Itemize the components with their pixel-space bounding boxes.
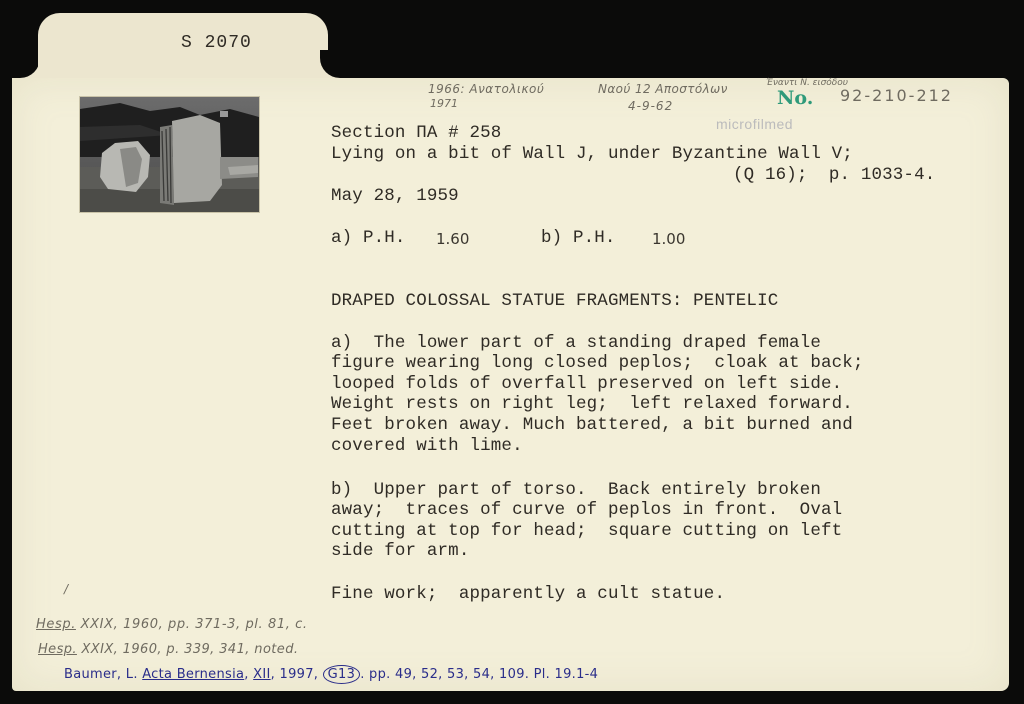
artifact-photo bbox=[79, 96, 260, 213]
description-a-line: Feet broken away. Much battered, a bit b… bbox=[331, 415, 853, 436]
bibliography-volume: XII bbox=[253, 667, 270, 682]
findspot-line-2: (Q 16); p. 1033-4. bbox=[733, 165, 935, 186]
description-b-line: cutting at top for head; square cutting … bbox=[331, 521, 842, 542]
description-b-line: b) Upper part of torso. Back entirely br… bbox=[331, 480, 821, 501]
green-number-stamp: No. bbox=[777, 87, 813, 109]
description-b-line: side for arm. bbox=[331, 541, 469, 562]
pencil-tick-mark: / bbox=[64, 582, 68, 596]
find-date: May 28, 1959 bbox=[331, 186, 459, 207]
bibliography-citation: XXIX, 1960, pp. 371-3, pl. 81, c. bbox=[76, 617, 308, 632]
bibliography-year: , 1997, bbox=[271, 667, 323, 682]
bibliography-journal: Acta Bernensia bbox=[142, 667, 244, 682]
pencil-note-year-location: 1966: Ανατολικού bbox=[428, 82, 544, 96]
bibliography-citation: XXIX, 1960, p. 339, 341, noted. bbox=[77, 642, 298, 657]
statue-fragments-image bbox=[80, 97, 259, 212]
microfilmed-stamp: microfilmed bbox=[716, 116, 793, 132]
bibliography-catalog-number: G13 bbox=[323, 665, 361, 684]
measurement-a-value: 1.60 bbox=[436, 230, 469, 248]
findspot-line-1: Lying on a bit of Wall J, under Byzantin… bbox=[331, 144, 853, 165]
pencil-note-church: Ναού 12 Αποστόλων bbox=[598, 82, 728, 96]
bibliography-entry-2: Hesp. XXIX, 1960, p. 339, 341, noted. bbox=[38, 642, 298, 657]
bibliography-pages: . pp. 49, 52, 53, 54, 109. Pl. 19.1-4 bbox=[360, 667, 598, 682]
pencil-note-date: 4-9-62 bbox=[628, 99, 673, 113]
inventory-number: S 2070 bbox=[181, 33, 252, 53]
measurement-b-value: 1.00 bbox=[652, 230, 685, 248]
description-a-line: figure wearing long closed peplos; cloak… bbox=[331, 353, 864, 374]
description-a-line: a) The lower part of a standing draped f… bbox=[331, 333, 821, 354]
description-a-line: Weight rests on right leg; left relaxed … bbox=[331, 394, 853, 415]
bibliography-author: Baumer, L. bbox=[64, 667, 142, 682]
bibliography-entry-1: Hesp. XXIX, 1960, pp. 371-3, pl. 81, c. bbox=[36, 617, 308, 632]
bibliography-separator: , bbox=[244, 667, 253, 682]
description-a-line: looped folds of overfall preserved on le… bbox=[331, 374, 842, 395]
description-b-line: away; traces of curve of peplos in front… bbox=[331, 500, 842, 521]
pencil-note-year-1971: 1971 bbox=[430, 97, 458, 110]
description-conclusion: Fine work; apparently a cult statue. bbox=[331, 584, 725, 605]
measurement-a-label: a) P.H. bbox=[331, 228, 406, 249]
bibliography-journal: Hesp. bbox=[36, 617, 76, 632]
pencil-reference-number: 92-210-212 bbox=[840, 86, 953, 105]
bibliography-journal: Hesp. bbox=[38, 642, 77, 657]
bibliography-entry-3: Baumer, L. Acta Bernensia, XII, 1997, G1… bbox=[64, 665, 598, 684]
measurement-b-label: b) P.H. bbox=[541, 228, 616, 249]
description-a-line: covered with lime. bbox=[331, 436, 523, 457]
section-number: Section ΠΑ # 258 bbox=[331, 123, 501, 144]
object-title: DRAPED COLOSSAL STATUE FRAGMENTS: PENTEL… bbox=[331, 291, 778, 312]
